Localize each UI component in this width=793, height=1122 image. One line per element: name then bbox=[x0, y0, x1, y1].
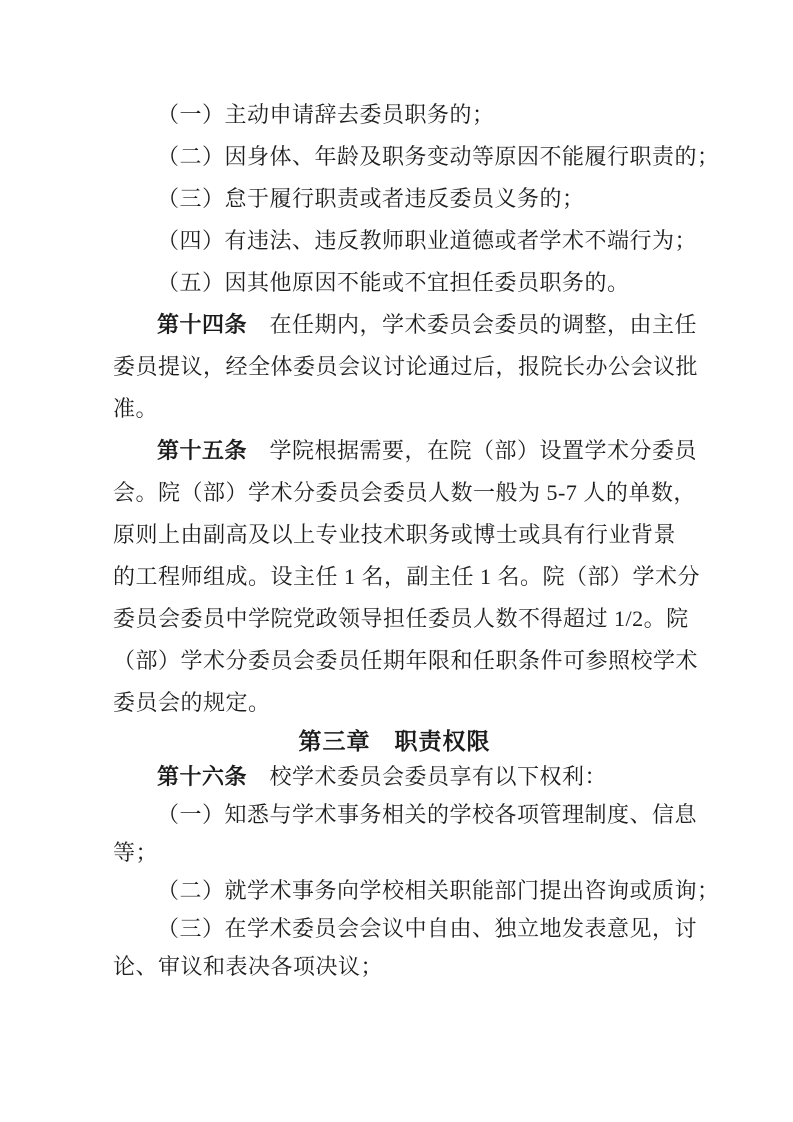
line-text: 等； bbox=[113, 840, 158, 865]
text-line: 委员会委员中学院党政领导担任委员人数不得超过 1/2。院 bbox=[113, 598, 676, 640]
text-line: 准。 bbox=[113, 388, 676, 430]
line-text: （部）学术分委员会委员任期年限和任职条件可参照校学术 bbox=[113, 648, 698, 673]
line-text: 的工程师组成。设主任 1 名，副主任 1 名。院（部）学术分 bbox=[113, 564, 700, 589]
line-text: 委员会委员中学院党政领导担任委员人数不得超过 1/2。院 bbox=[113, 606, 689, 631]
text-line: 第十六条 校学术委员会委员享有以下权利： bbox=[113, 758, 676, 796]
line-text: （二）因身体、年龄及职务变动等原因不能履行职责的； bbox=[157, 144, 720, 169]
text-line: （三）怠于履行职责或者违反委员义务的； bbox=[113, 178, 676, 220]
line-text: 学院根据需要，在院（部）设置学术分委员 bbox=[247, 438, 697, 463]
line-text: 准。 bbox=[113, 396, 158, 421]
chapter-heading: 第三章 职责权限 bbox=[113, 724, 676, 758]
line-text: 委员提议，经全体委员会议讨论通过后，报院长办公会议批 bbox=[113, 354, 698, 379]
text-line: 会。院（部）学术分委员会委员人数一般为 5-7 人的单数， bbox=[113, 472, 676, 514]
text-line: （二）就学术事务向学校相关职能部门提出咨询或质询； bbox=[113, 872, 676, 910]
line-text: （二）就学术事务向学校相关职能部门提出咨询或质询； bbox=[157, 878, 720, 903]
line-text: 原则上由副高及以上专业技术职务或博士或具有行业背景 bbox=[113, 522, 676, 547]
text-line: （四）有违法、违反教师职业道德或者学术不端行为； bbox=[113, 220, 676, 262]
text-line: （一）主动申请辞去委员职务的； bbox=[113, 94, 676, 136]
line-text: （三）怠于履行职责或者违反委员义务的； bbox=[157, 186, 585, 211]
line-text: 论、审议和表决各项决议； bbox=[113, 954, 383, 979]
text-line: 第十四条 在任期内，学术委员会委员的调整，由主任 bbox=[113, 304, 676, 346]
line-text: 在任期内，学术委员会委员的调整，由主任 bbox=[247, 312, 697, 337]
line-text: （五）因其他原因不能或不宜担任委员职务的。 bbox=[157, 270, 630, 295]
text-line: 的工程师组成。设主任 1 名，副主任 1 名。院（部）学术分 bbox=[113, 556, 676, 598]
text-line: （一）知悉与学术事务相关的学校各项管理制度、信息 bbox=[113, 796, 676, 834]
text-line: （三）在学术委员会会议中自由、独立地发表意见，讨 bbox=[113, 910, 676, 948]
text-line: 论、审议和表决各项决议； bbox=[113, 948, 676, 986]
article-number: 第十四条 bbox=[157, 312, 247, 337]
line-text: （四）有违法、违反教师职业道德或者学术不端行为； bbox=[157, 228, 697, 253]
text-line: （五）因其他原因不能或不宜担任委员职务的。 bbox=[113, 262, 676, 304]
text-line: （二）因身体、年龄及职务变动等原因不能履行职责的； bbox=[113, 136, 676, 178]
line-text: （一）主动申请辞去委员职务的； bbox=[157, 102, 495, 127]
line-text: （三）在学术委员会会议中自由、独立地发表意见，讨 bbox=[157, 916, 697, 941]
text-line: （部）学术分委员会委员任期年限和任职条件可参照校学术 bbox=[113, 640, 676, 682]
article-number: 第十六条 bbox=[157, 764, 247, 789]
text-line: 委员会的规定。 bbox=[113, 682, 676, 724]
section-chapter-3-rights: 第十六条 校学术委员会委员享有以下权利：（一）知悉与学术事务相关的学校各项管理制… bbox=[113, 758, 676, 986]
line-text: 委员会的规定。 bbox=[113, 690, 271, 715]
section-articles-13-15: （一）主动申请辞去委员职务的；（二）因身体、年龄及职务变动等原因不能履行职责的；… bbox=[113, 94, 676, 724]
document-page: （一）主动申请辞去委员职务的；（二）因身体、年龄及职务变动等原因不能履行职责的；… bbox=[0, 0, 793, 1122]
text-line: 等； bbox=[113, 834, 676, 872]
line-text: 校学术委员会委员享有以下权利： bbox=[247, 764, 607, 789]
line-text: （一）知悉与学术事务相关的学校各项管理制度、信息 bbox=[157, 802, 697, 827]
text-line: 第十五条 学院根据需要，在院（部）设置学术分委员 bbox=[113, 430, 676, 472]
text-column: （一）主动申请辞去委员职务的；（二）因身体、年龄及职务变动等原因不能履行职责的；… bbox=[113, 94, 676, 986]
text-line: 委员提议，经全体委员会议讨论通过后，报院长办公会议批 bbox=[113, 346, 676, 388]
article-number: 第十五条 bbox=[157, 438, 247, 463]
line-text: 会。院（部）学术分委员会委员人数一般为 5-7 人的单数， bbox=[113, 480, 696, 505]
text-line: 原则上由副高及以上专业技术职务或博士或具有行业背景 bbox=[113, 514, 676, 556]
